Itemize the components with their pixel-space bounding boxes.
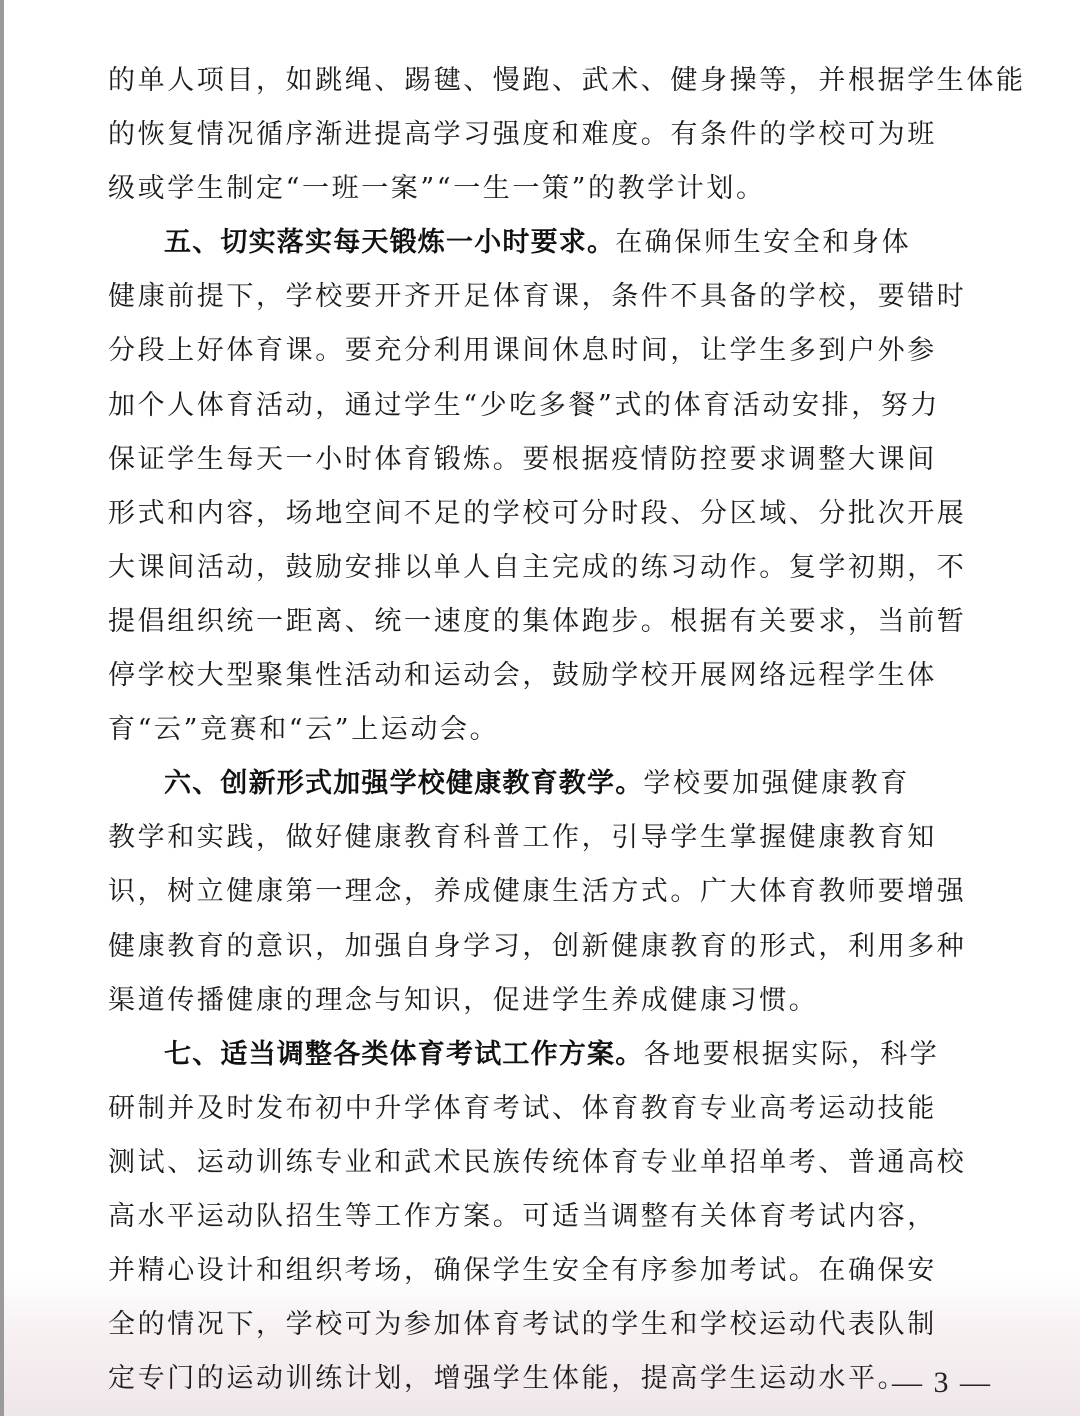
section-seven: 七、适当调整各类体育考试工作方案。各地要根据实际，科学 研制并及时发布初中升学体… [108,1028,1008,1407]
text-line: 停学校大型聚集性活动和运动会，鼓励学校开展网络远程学生体 [108,649,1008,703]
text-line: 形式和内容，场地空间不足的学校可分时段、分区域、分批次开展 [108,487,1008,541]
document-body: 的单人项目，如跳绳、踢毽、慢跑、武术、健身操等，并根据学生体能 的恢复情况循序渐… [108,54,1008,1406]
text-line: 识，树立健康第一理念，养成健康生活方式。广大体育教师要增强 [108,865,1008,919]
text-line: 健康教育的意识，加强自身学习，创新健康教育的形式，利用多种 [108,920,1008,974]
document-page: 的单人项目，如跳绳、踢毽、慢跑、武术、健身操等，并根据学生体能 的恢复情况循序渐… [0,0,1080,1416]
section-text: 在确保师生安全和身体 [615,227,911,258]
text-line: 的单人项目，如跳绳、踢毽、慢跑、武术、健身操等，并根据学生体能 [108,54,1008,108]
section-text: 学校要加强健康教育 [643,768,909,799]
text-line: 健康前提下，学校要开齐开足体育课，条件不具备的学校，要错时 [108,270,1008,324]
text-line: 保证学生每天一小时体育锻炼。要根据疫情防控要求调整大课间 [108,433,1008,487]
section-five: 五、切实落实每天锻炼一小时要求。在确保师生安全和身体 健康前提下，学校要开齐开足… [108,216,1008,757]
section-text: 各地要根据实际，科学 [643,1039,939,1070]
section-first-line: 五、切实落实每天锻炼一小时要求。在确保师生安全和身体 [108,216,1008,270]
text-line: 测试、运动训练专业和武术民族传统体育专业单招单考、普通高校 [108,1136,1008,1190]
text-line: 大课间活动，鼓励安排以单人自主完成的练习动作。复学初期，不 [108,541,1008,595]
text-line: 的恢复情况循序渐进提高学习强度和难度。有条件的学校可为班 [108,108,1008,162]
text-line: 级或学生制定“一班一案”“一生一策”的教学计划。 [108,162,1008,216]
section-first-line: 七、适当调整各类体育考试工作方案。各地要根据实际，科学 [108,1028,1008,1082]
text-line: 渠道传播健康的理念与知识，促进学生养成健康习惯。 [108,974,1008,1028]
text-line: 育“云”竞赛和“云”上运动会。 [108,703,1008,757]
text-line: 加个人体育活动，通过学生“少吃多餐”式的体育活动安排，努力 [108,379,1008,433]
section-heading: 六、创新形式加强学校健康教育教学。 [164,768,643,799]
text-line: 并精心设计和组织考场，确保学生安全有序参加考试。在确保安 [108,1244,1008,1298]
text-line: 高水平运动队招生等工作方案。可适当调整有关体育考试内容， [108,1190,1008,1244]
section-heading: 七、适当调整各类体育考试工作方案。 [164,1039,643,1070]
text-line: 全的情况下，学校可为参加体育考试的学生和学校运动代表队制 [108,1298,1008,1352]
text-line: 分段上好体育课。要充分利用课间休息时间，让学生多到户外参 [108,324,1008,378]
section-six: 六、创新形式加强学校健康教育教学。学校要加强健康教育 教学和实践，做好健康教育科… [108,757,1008,1027]
section-heading: 五、切实落实每天锻炼一小时要求。 [164,227,615,258]
section-first-line: 六、创新形式加强学校健康教育教学。学校要加强健康教育 [108,757,1008,811]
text-line: 教学和实践，做好健康教育科普工作，引导学生掌握健康教育知 [108,811,1008,865]
page-number: — 3 — [892,1366,992,1400]
text-line: 定专门的运动训练计划，增强学生体能，提高学生运动水平。 [108,1352,1008,1406]
text-line: 提倡组织统一距离、统一速度的集体跑步。根据有关要求，当前暂 [108,595,1008,649]
paragraph-continuation: 的单人项目，如跳绳、踢毽、慢跑、武术、健身操等，并根据学生体能 的恢复情况循序渐… [108,54,1008,216]
text-line: 研制并及时发布初中升学体育考试、体育教育专业高考运动技能 [108,1082,1008,1136]
